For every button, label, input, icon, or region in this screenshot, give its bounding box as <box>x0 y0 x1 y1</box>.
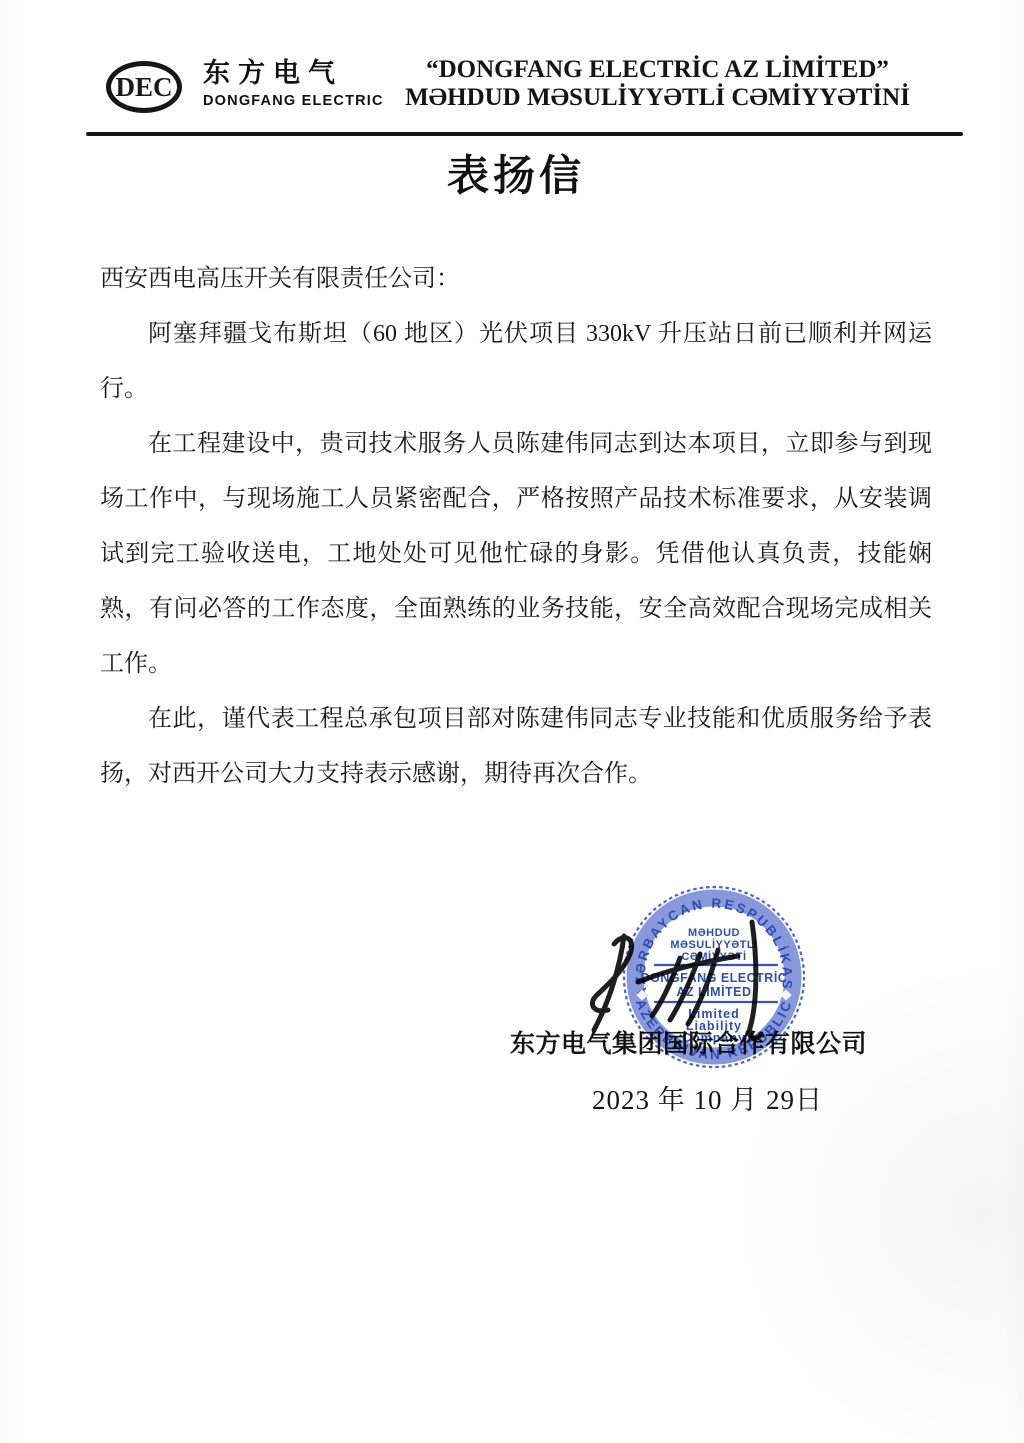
paragraph-2: 在工程建设中，贵司技术服务人员陈建伟同志到达本项目，立即参与到现场工作中，与现场… <box>100 417 932 692</box>
paragraph-1: 阿塞拜疆戈布斯坦（60 地区）光伏项目 330kV 升压站日前已顺利并网运行。 <box>100 307 932 417</box>
letter-date: 2023 年 10 月 29日 <box>592 1078 823 1117</box>
header-divider <box>86 132 963 136</box>
company-name-line1: “DONGFANG ELECTRİC AZ LİMİTED” <box>385 56 930 84</box>
dec-logo-wordmark: 东方电气 DONGFANG ELECTRIC <box>203 58 384 109</box>
dec-logo-abbr: DEC <box>115 72 172 103</box>
company-name-line2: MƏHDUD MƏSULİYYƏTLİ CƏMİYYƏTİNİ <box>385 84 930 112</box>
dec-logo-icon: DEC <box>106 61 182 113</box>
company-name-header: “DONGFANG ELECTRİC AZ LİMİTED” MƏHDUD MƏ… <box>385 56 930 112</box>
logo-english-name: DONGFANG ELECTRIC <box>203 93 384 109</box>
handwritten-signature <box>580 914 785 1044</box>
letter-body: 西安西电高压开关有限责任公司： 阿塞拜疆戈布斯坦（60 地区）光伏项目 330k… <box>100 252 932 802</box>
letter-title: 表扬信 <box>100 143 932 203</box>
paragraph-3: 在此，谨代表工程总承包项目部对陈建伟同志专业技能和优质服务给予表扬，对西开公司大… <box>100 692 932 802</box>
letter-page: DEC 东方电气 DONGFANG ELECTRIC “DONGFANG ELE… <box>0 0 1024 1443</box>
logo-chinese-name: 东方电气 <box>203 58 384 88</box>
salutation: 西安西电高压开关有限责任公司： <box>100 252 932 307</box>
